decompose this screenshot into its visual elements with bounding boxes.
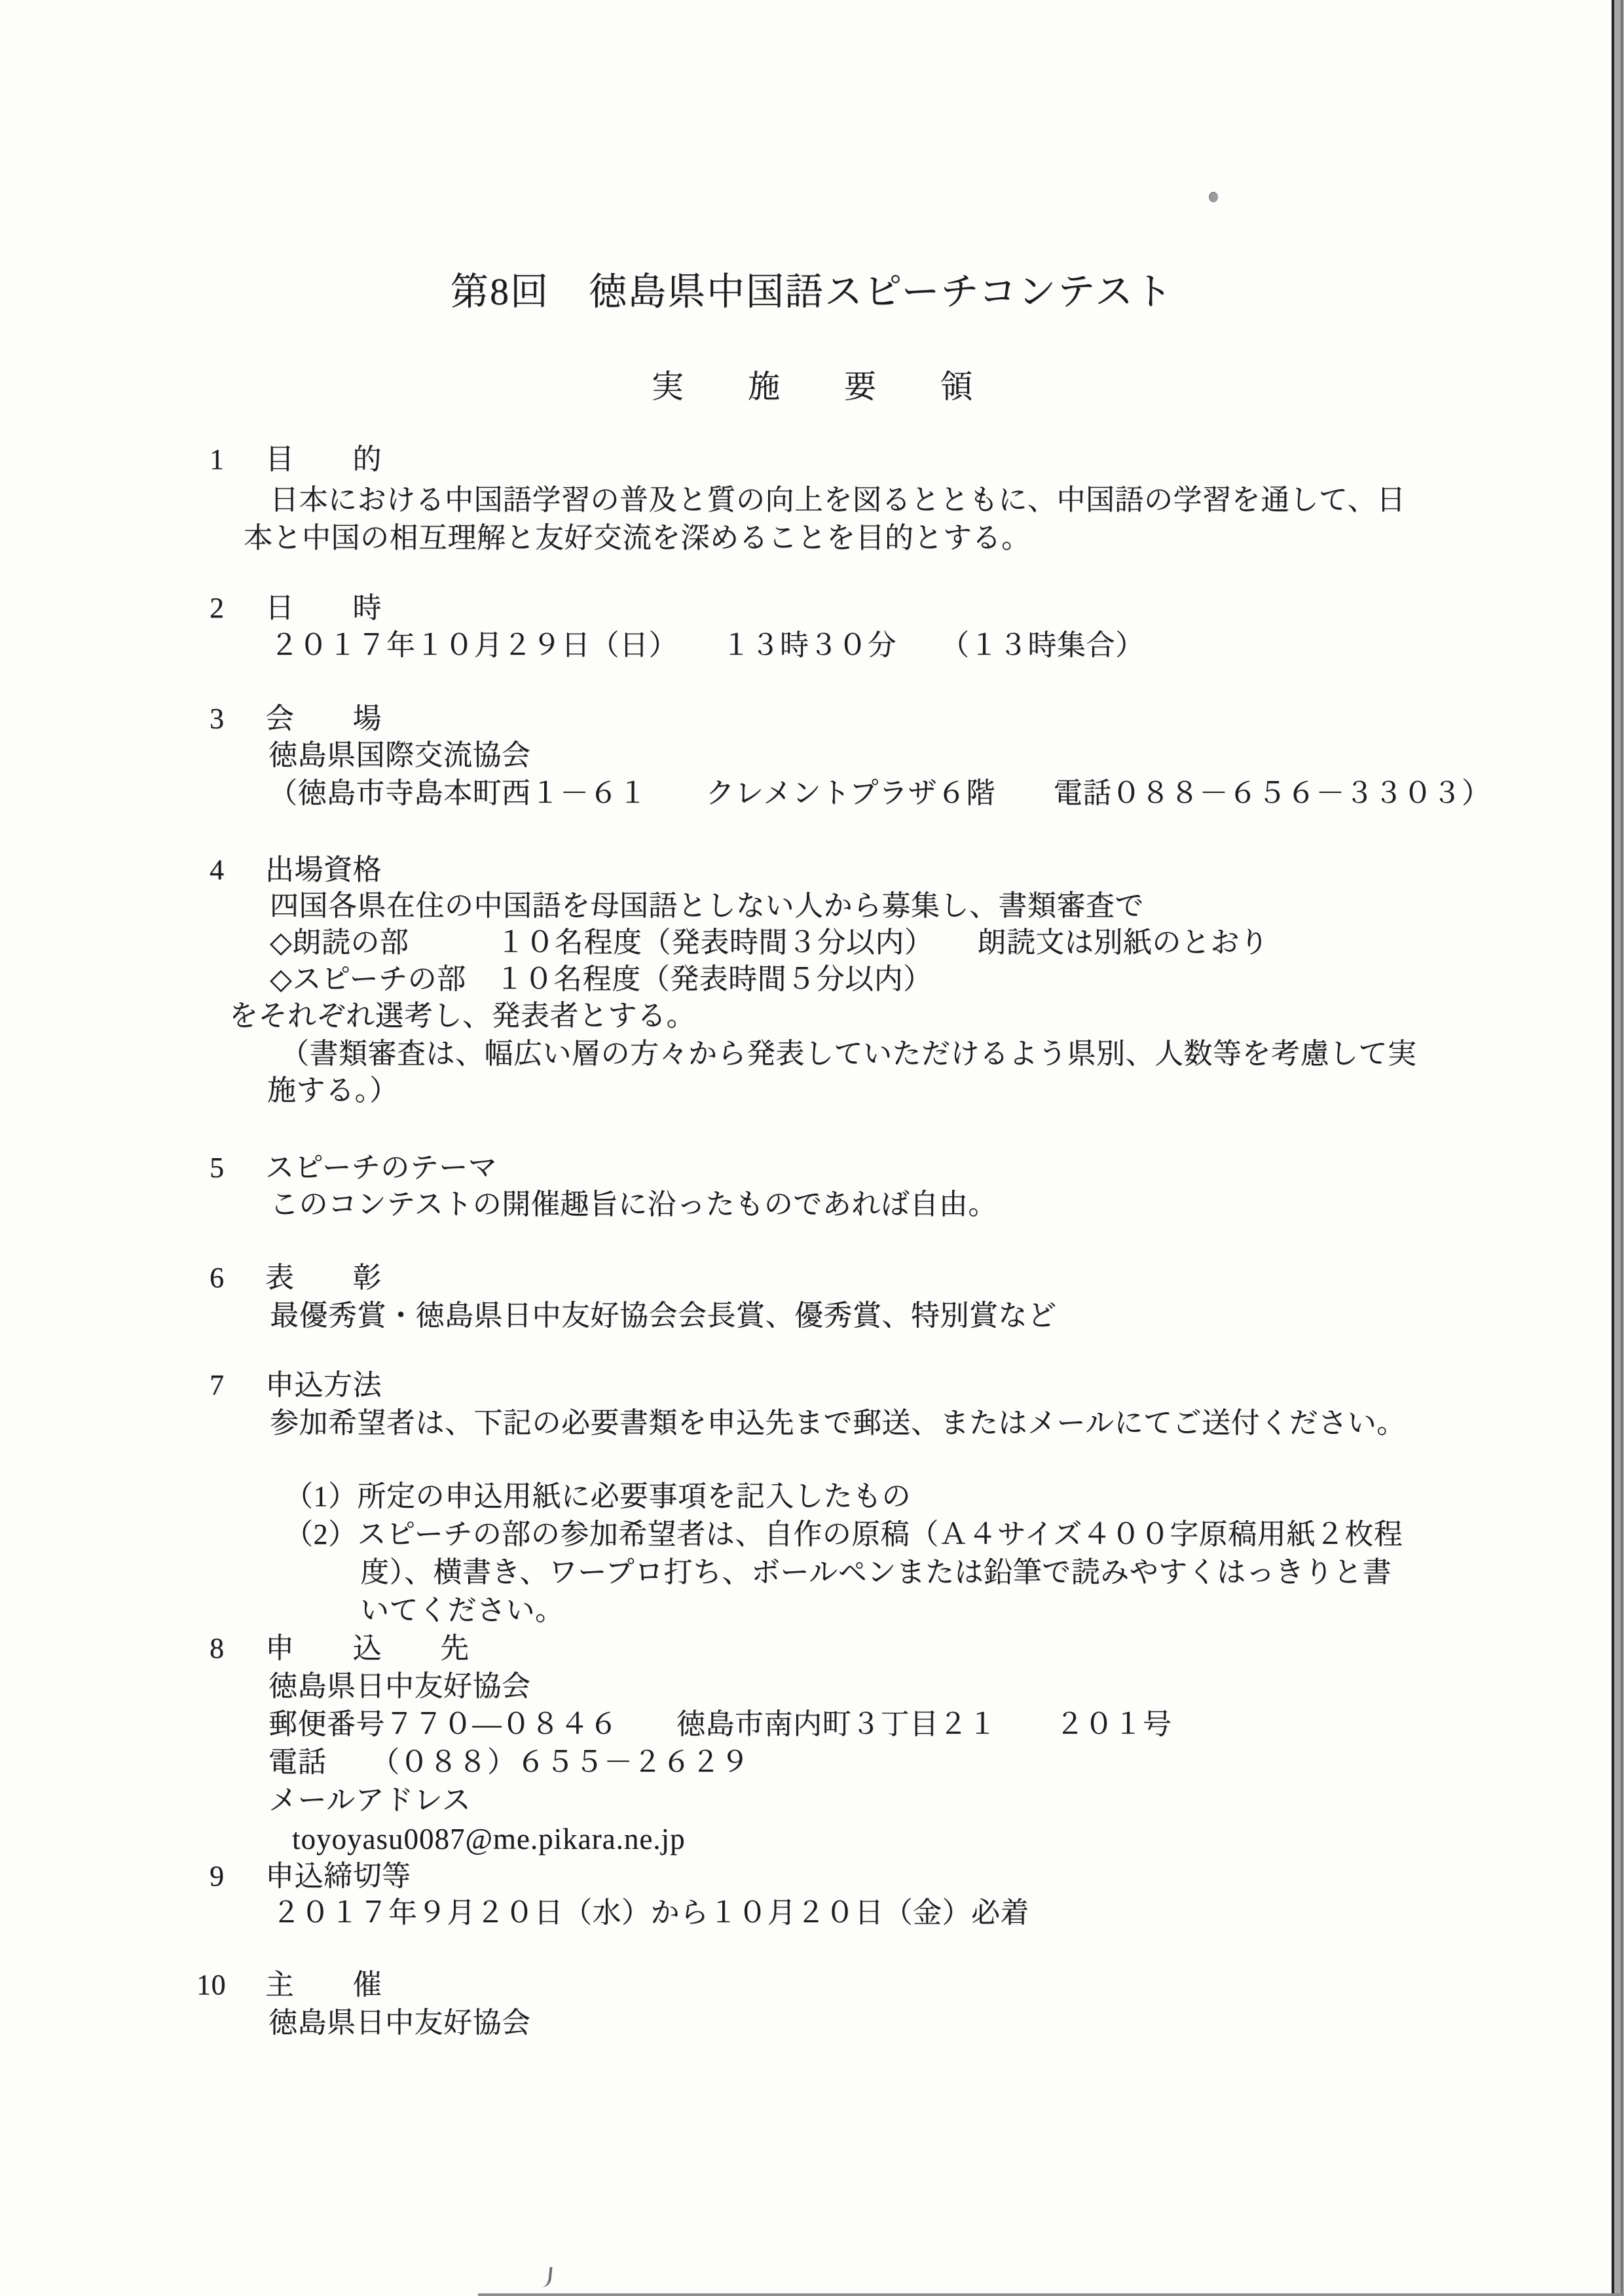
- section-3-heading-text: 会 場: [265, 702, 382, 735]
- section-4-heading: 4出場資格: [210, 853, 382, 888]
- section-8-organization: 徳島県日中友好協会: [268, 1669, 531, 1704]
- section-4-body-line: 施する。）: [267, 1074, 399, 1108]
- section-9-body-line: ２０１７年９月２０日（水）から１０月２０日（金）必着: [272, 1896, 1029, 1931]
- section-8-postal-address: 郵便番号７７０―０８４６ 徳島市南内町３丁目２１ ２０１号: [268, 1707, 1172, 1742]
- section-10-heading-text: 主 催: [265, 1969, 382, 2001]
- section-1-heading: 1目 的: [210, 443, 382, 477]
- section-10-body-line: 徳島県日中友好協会: [268, 2006, 531, 2041]
- section-6-body-line: 最優秀賞・徳島県日中友好協会会長賞、優秀賞、特別賞など: [270, 1299, 1057, 1334]
- section-5-heading-text: スピーチのテーマ: [265, 1152, 497, 1184]
- section-4-body-line: ◇朗読の部 １０名程度（発表時間３分以内） 朗読文は別紙のとおり: [270, 926, 1268, 960]
- section-7-number: 7: [210, 1368, 265, 1403]
- section-8-email-address: toyoyasu0087@me.pikara.ne.jp: [292, 1821, 686, 1857]
- section-10-heading: 10主 催: [196, 1968, 382, 2003]
- section-5-number: 5: [210, 1151, 265, 1186]
- section-6-heading: 6表 彰: [210, 1261, 382, 1296]
- section-4-heading-text: 出場資格: [265, 854, 382, 886]
- section-5-heading: 5スピーチのテーマ: [210, 1151, 497, 1186]
- section-1-heading-text: 目 的: [265, 443, 382, 475]
- section-8-heading: 8申 込 先: [210, 1631, 470, 1666]
- section-7-body-line: 参加希望者は、下記の必要書類を申込先まで郵送、またはメールにてご送付ください。: [270, 1406, 1406, 1441]
- section-4-body-line: をそれぞれ選考し、発表者とする。: [229, 999, 695, 1034]
- section-9-heading: 9申込締切等: [210, 1859, 411, 1894]
- section-9-heading-text: 申込締切等: [265, 1860, 411, 1892]
- section-3-body-line: 徳島県国際交流協会: [268, 738, 531, 773]
- section-4-body-line: 四国各県在住の中国語を母国語としない人から募集し、書類審査で: [270, 889, 1144, 924]
- section-2-heading-text: 日 時: [265, 592, 382, 624]
- section-7-item-1: （1）所定の申込用紙に必要事項を記入したもの: [284, 1480, 911, 1514]
- section-1-body-line: 本と中国の相互理解と友好交流を深めることを目的とする。: [244, 521, 1031, 556]
- section-2-body-line: ２０１７年１０月２９日（日） １３時３０分 （１３時集合）: [270, 629, 1145, 663]
- scan-speck-dot: [1209, 192, 1218, 202]
- scan-speck-curve: [540, 2266, 552, 2287]
- section-3-number: 3: [210, 702, 265, 737]
- section-8-heading-text: 申 込 先: [265, 1632, 470, 1664]
- section-7-item-2-cont: いてください。: [360, 1594, 564, 1628]
- section-7-item-2-cont: 度）、横書き、ワープロ打ち、ボールペンまたは鉛筆で読みやすくはっきりと書: [360, 1556, 1392, 1590]
- section-8-phone: 電話 （０８８）６５５－２６２９: [268, 1745, 750, 1780]
- section-2-number: 2: [210, 591, 265, 626]
- section-10-number: 10: [196, 1968, 265, 2003]
- section-2-heading: 2日 時: [210, 591, 382, 626]
- section-4-number: 4: [210, 853, 265, 888]
- section-7-heading: 7申込方法: [210, 1368, 382, 1403]
- section-8-number: 8: [210, 1631, 265, 1666]
- document-subtitle: 実 施 要 領: [0, 361, 1624, 407]
- section-5-body-line: このコンテストの開催趣旨に沿ったものであれば自由。: [270, 1188, 997, 1222]
- section-9-number: 9: [210, 1859, 265, 1894]
- section-8-email-label: メールアドレス: [268, 1783, 471, 1818]
- section-1-body-line: 日本における中国語学習の普及と質の向上を図るとともに、中国語の学習を通して、日: [270, 483, 1406, 518]
- section-6-heading-text: 表 彰: [265, 1262, 382, 1294]
- section-3-body-line: （徳島市寺島本町西１－６１ クレメントプラザ６階 電話０８８－６５６－３３０３）: [268, 776, 1490, 811]
- section-7-heading-text: 申込方法: [265, 1369, 382, 1401]
- section-6-number: 6: [210, 1261, 265, 1296]
- scan-edge-inner-line: [1621, 0, 1623, 2296]
- section-4-body-line: ◇スピーチの部 １０名程度（発表時間５分以内）: [270, 962, 932, 997]
- section-1-number: 1: [210, 443, 265, 477]
- document-title: 第8回 徳島県中国語スピーチコンテスト: [0, 261, 1624, 316]
- scanned-document-page: 第8回 徳島県中国語スピーチコンテスト 実 施 要 領 1目 的 日本における中…: [0, 0, 1624, 2296]
- section-4-body-line: （書類審査は、幅広い層の方々から発表していただけるよう県別、人数等を考慮して実: [280, 1037, 1417, 1072]
- section-7-item-2: （2）スピーチの部の参加希望者は、自作の原稿（Ａ４サイズ４００字原稿用紙２枚程: [284, 1518, 1403, 1552]
- section-3-heading: 3会 場: [210, 702, 382, 737]
- scan-bottom-edge-line: [478, 2293, 1624, 2296]
